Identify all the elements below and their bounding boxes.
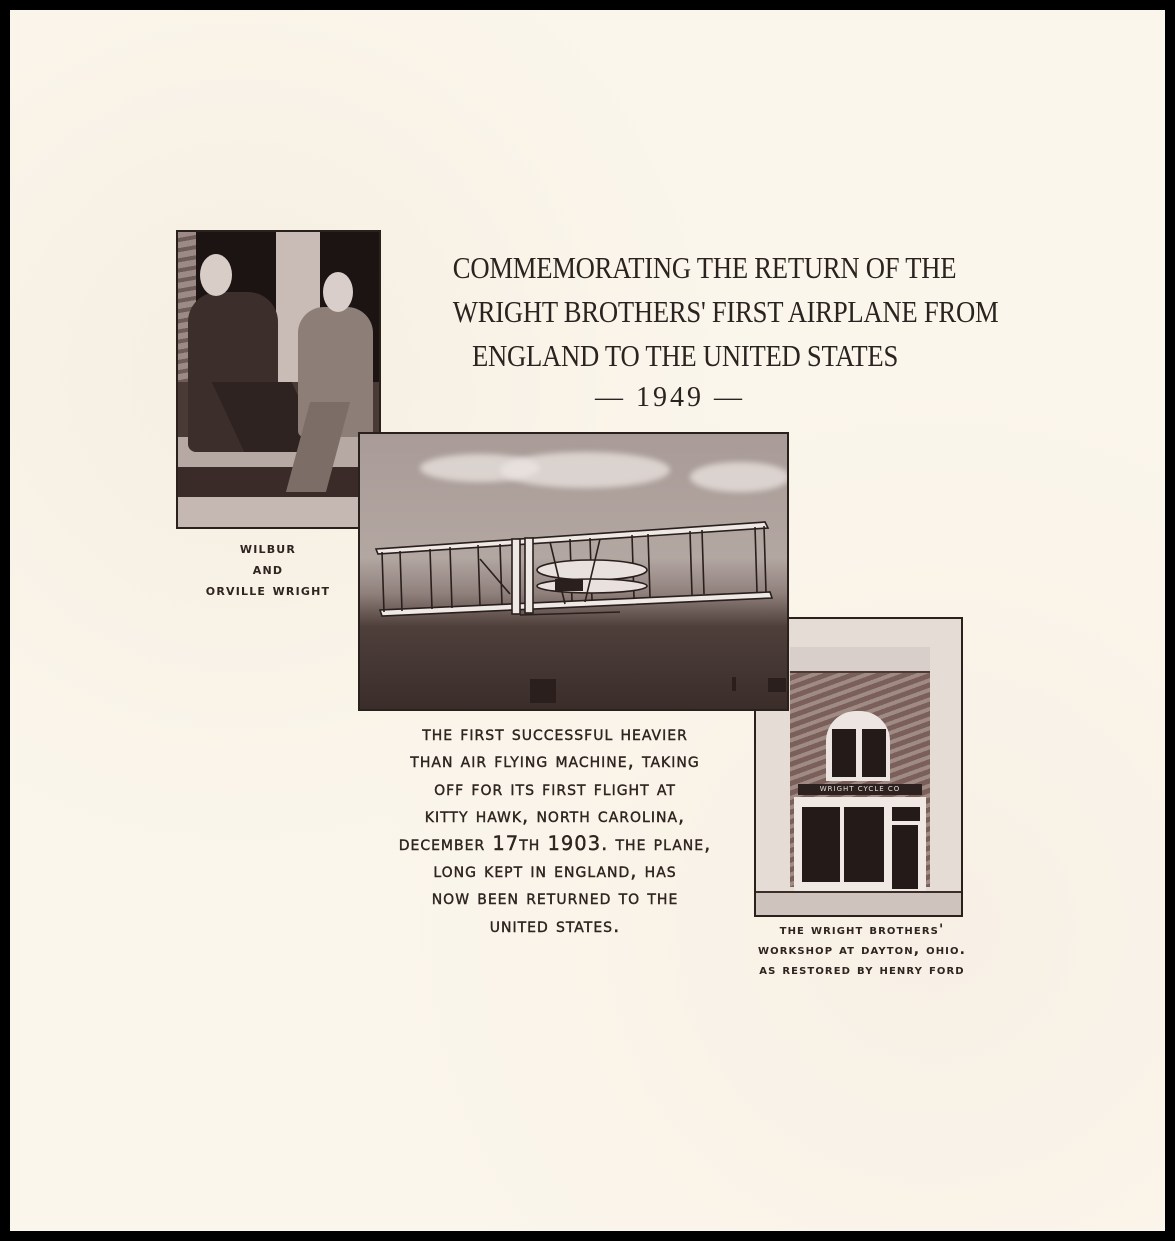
- brothers-portrait-photo: [176, 230, 381, 529]
- caption-line: long kept in England, has: [362, 857, 748, 884]
- wilbur-head: [200, 254, 232, 296]
- caption-line: Kitty Hawk, North Carolina,: [362, 802, 748, 829]
- caption-line: and: [178, 559, 358, 580]
- brothers-caption: Wilbur and Orville Wright: [178, 538, 358, 601]
- caption-line: as restored by Henry Ford: [717, 960, 1007, 980]
- caption-line: The Wright Brothers': [717, 920, 1007, 940]
- porch-step: [178, 497, 381, 529]
- caption-line: The First Successful Heavier: [362, 720, 748, 747]
- shop-door: [892, 825, 918, 889]
- transom-window: [892, 807, 920, 821]
- upper-window: [862, 729, 886, 777]
- building-cornice: [790, 647, 930, 673]
- porch-step: [178, 467, 381, 497]
- cycle-co-sign: WRIGHT CYCLE CO: [798, 784, 922, 795]
- caption-line: United States.: [362, 912, 748, 939]
- sidewalk: [756, 891, 963, 917]
- heading-line-2: WRIGHT BROTHERS' FIRST AIRPLANE FROM: [453, 290, 917, 334]
- caption-line: than Air Flying Machine, taking: [362, 747, 748, 774]
- caption-line: December 17th 1903. The plane,: [362, 830, 748, 857]
- card-heading: COMMEMORATING THE RETURN OF THE WRIGHT B…: [453, 246, 917, 378]
- biplane-illustration: [360, 434, 789, 711]
- heading-line-3: ENGLAND TO THE UNITED STATES: [453, 334, 917, 378]
- heading-line-1: COMMEMORATING THE RETURN OF THE: [453, 246, 917, 290]
- caption-line: off for its First Flight at: [362, 775, 748, 802]
- commemoration-year: — 1949 —: [570, 382, 770, 414]
- shop-window: [802, 807, 840, 882]
- airplane-caption: The First Successful Heavier than Air Fl…: [362, 720, 748, 939]
- commemorative-card: COMMEMORATING THE RETURN OF THE WRIGHT B…: [10, 10, 1165, 1231]
- caption-line: Orville Wright: [178, 580, 358, 601]
- upper-window: [832, 729, 856, 777]
- workshop-caption: The Wright Brothers' Workshop at Dayton,…: [717, 920, 1007, 980]
- shop-window: [844, 807, 884, 882]
- caption-line: Wilbur: [178, 538, 358, 559]
- caption-line: Workshop at Dayton, Ohio.: [717, 940, 1007, 960]
- caption-line: now been returned to the: [362, 884, 748, 911]
- orville-head: [323, 272, 353, 312]
- first-flight-photo: [358, 432, 789, 711]
